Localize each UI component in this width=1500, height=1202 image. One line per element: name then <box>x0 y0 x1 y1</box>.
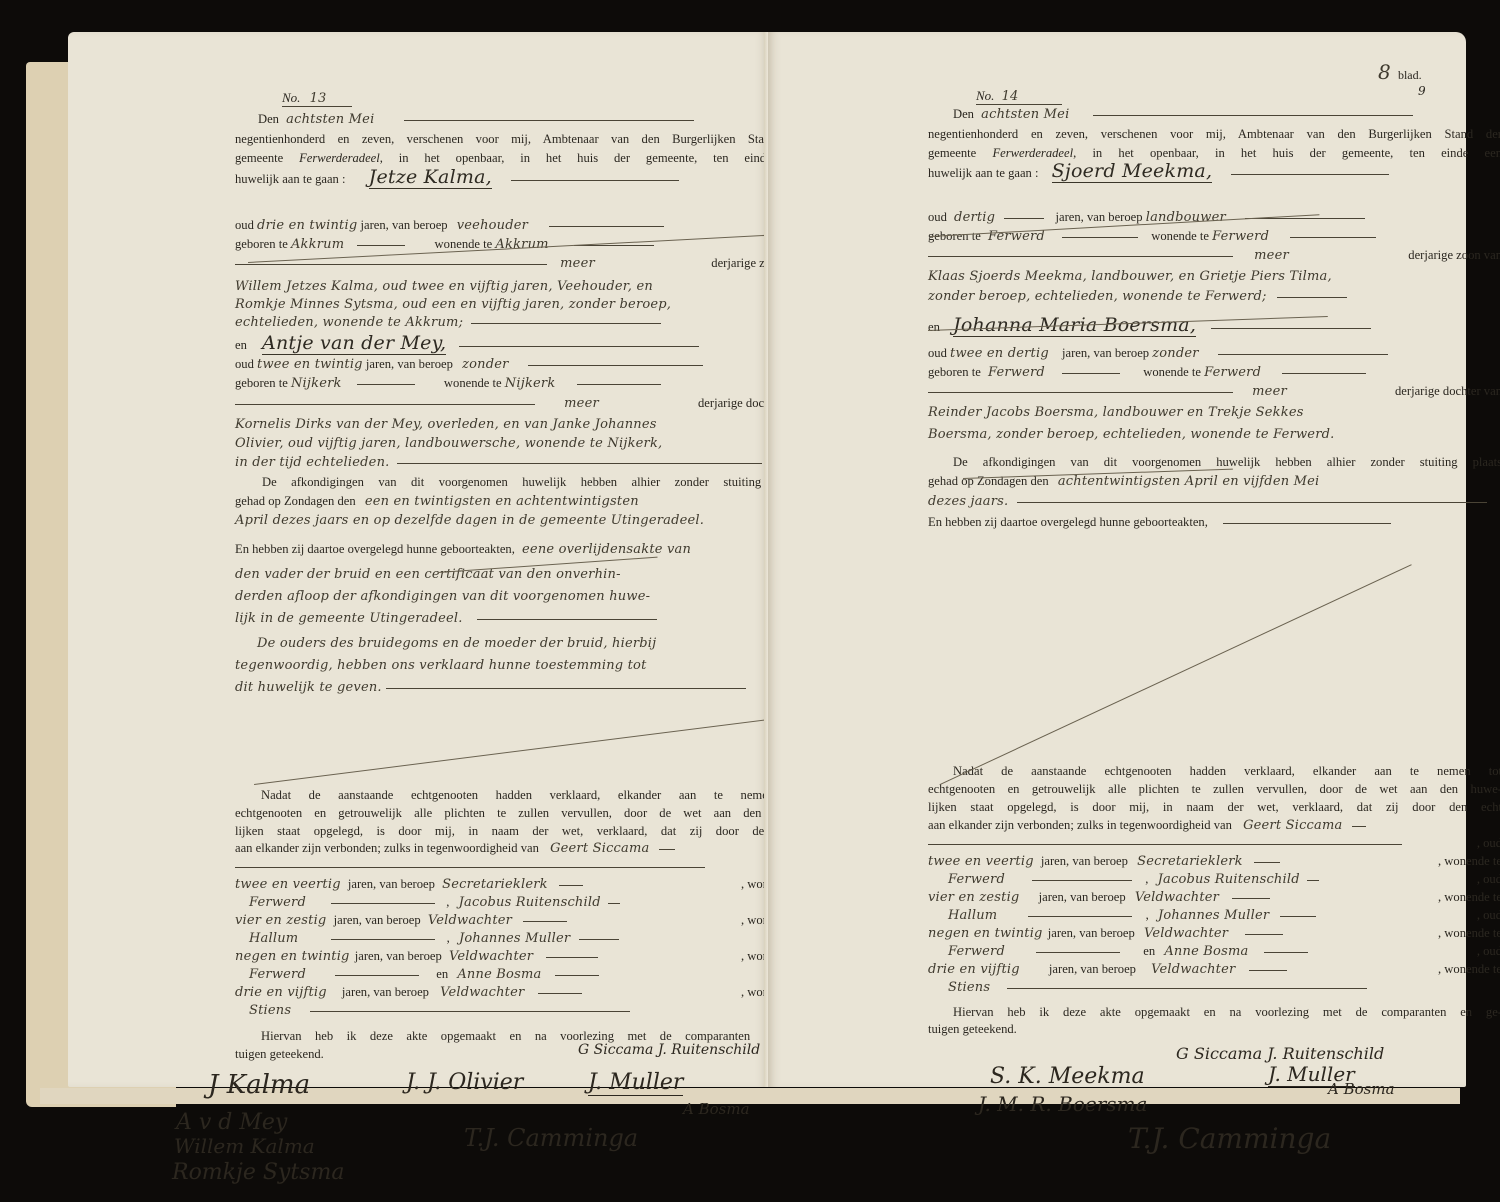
den-label: Den <box>258 112 279 126</box>
diagonal-strike <box>254 716 795 785</box>
record-date: achtsten Mei <box>286 112 374 127</box>
banns-line-1: De afkondigingen van dit voorgenomen huw… <box>262 473 805 491</box>
bride-parents-1: Reinder Jacobs Boersma, landbouwer en Tr… <box>928 404 1500 422</box>
record-date: achtsten Mei <box>981 107 1069 122</box>
groom-name: Jetze Kalma, <box>369 166 492 189</box>
bride-parents-2: Olivier, oud vijftig jaren, landbouwersc… <box>235 435 805 453</box>
signature: A Bosma <box>1328 1080 1395 1098</box>
witness-3-name: Johannes Muller <box>459 931 570 946</box>
signature: A v d Mey <box>176 1110 287 1135</box>
record-no: 14 <box>1002 89 1019 104</box>
groom-occupation: veehouder <box>457 218 528 233</box>
groom-residence: Akkrum <box>495 237 548 252</box>
consent-hw-2: tegenwoordig, hebben ons verklaard hunne… <box>235 657 805 675</box>
intro-line-3: huwelijk aan te gaan : <box>235 172 346 186</box>
bride-parents-1: Kornelis Dirks van der Mey, overleden, e… <box>235 416 805 434</box>
signature: J. J. Olivier <box>406 1070 523 1095</box>
left-page: No. 13 Den achtsten Mei negentienhonderd… <box>68 32 768 1087</box>
bride-parents-3: in der tijd echtelieden. <box>235 454 805 472</box>
groom-name: Sjoerd Meekma, <box>1052 160 1213 183</box>
groom-parents-1: Willem Jetzes Kalma, oud twee en vijftig… <box>235 278 805 296</box>
docs-hw-2: den vader der bruid en een certificaat v… <box>235 566 805 584</box>
groom-parents-3: echtelieden, wonende te Akkrum; <box>235 314 805 332</box>
witness-3-name: Johannes Muller <box>1158 908 1269 923</box>
witness-2-name: Jacobus Ruitenschild <box>1158 872 1300 887</box>
groom-parents-2: zonder beroep, echtelieden, wonende te F… <box>928 288 1500 306</box>
groom-age: dertig <box>954 210 995 225</box>
record-no: 13 <box>310 91 327 106</box>
signature: Romkje Sytsma <box>172 1160 344 1185</box>
bride-residence: Nijkerk <box>505 376 556 391</box>
witness-2-name: Jacobus Ruitenschild <box>459 895 601 910</box>
bride-occupation: zonder <box>462 357 508 372</box>
groom-birthplace: Akkrum <box>291 237 344 252</box>
folio-marker: 8 blad. <box>1378 60 1422 84</box>
consent-hw-1: De ouders des bruidegoms en de moeder de… <box>257 635 805 653</box>
signature: G Siccama J. Ruitenschild <box>578 1042 760 1058</box>
docs-hw-1: eene overlijdensakte van <box>522 542 691 557</box>
witness-1-name: Geert Siccama <box>1243 818 1342 833</box>
docs-label: En hebben zij daartoe overgelegd hunne g… <box>928 515 1208 529</box>
bride-residence: Ferwerd <box>1204 365 1261 380</box>
consent-hw-3: dit huwelijk te geven. <box>235 679 805 697</box>
signature: T.J. Camminga <box>464 1124 638 1152</box>
intro-line-1: negentienhonderd en zeven, verschenen vo… <box>235 130 805 148</box>
diagonal-strike <box>940 564 1412 785</box>
groom-residence: Ferwerd <box>1212 229 1269 244</box>
municipality: Ferwerderadeel <box>992 146 1073 160</box>
banns-dates-2: dezes jaars. <box>928 494 1008 509</box>
docs-label: En hebben zij daartoe overgelegd hunne g… <box>235 542 515 556</box>
bride-parents-2: Boersma, zonder beroep, echtelieden, won… <box>928 426 1500 444</box>
banns-dates-2: April dezes jaars en op dezelfde dagen i… <box>235 512 805 530</box>
banns-dates-1: achtentwintigsten April en vijfden Mei <box>1058 474 1320 489</box>
groom-age: drie en twintig <box>257 218 357 233</box>
docs-hw-3: derden afloop der afkondigingen van dit … <box>235 588 805 606</box>
banns-dates-1: een en twintigsten en achtentwintigsten <box>365 494 639 509</box>
municipality: Ferwerderadeel <box>299 151 380 165</box>
signature: J. Muller <box>588 1070 683 1096</box>
witness-1-name: Geert Siccama <box>550 841 649 856</box>
signature: A Bosma <box>683 1100 750 1118</box>
record-no-label: No. <box>282 90 300 105</box>
signature: T.J. Camminga <box>1128 1122 1331 1155</box>
bride-age: twee en twintig <box>257 357 363 372</box>
groom-parents-2: Romkje Minnes Sytsma, oud een en vijftig… <box>235 296 805 314</box>
bride-birthplace: Ferwerd <box>988 365 1045 380</box>
groom-parents-1: Klaas Sjoerds Meekma, landbouwer, en Gri… <box>928 268 1500 286</box>
bride-birthplace: Nijkerk <box>291 376 342 391</box>
witness-4-name: Anne Bosma <box>1164 944 1248 959</box>
docs-hw-4: lijk in de gemeente Utingeradeel. <box>235 610 805 628</box>
signature: G Siccama J. Ruitenschild <box>1176 1044 1384 1063</box>
nadat-line-3: lijken staat opgelegd, is door mij, in n… <box>235 822 805 840</box>
bride-age: twee en dertig <box>950 346 1049 361</box>
bride-occupation: zonder <box>1152 346 1198 361</box>
right-page: 8 blad. 9 No. 14 Den achtsten Mei negent… <box>768 32 1466 1087</box>
nadat-line-1: Nadat de aanstaande echtgenooten hadden … <box>261 786 805 804</box>
intro-line-2: gemeente Ferwerderadeel, in het openbaar… <box>235 149 805 167</box>
signature: J Kalma <box>208 1070 310 1100</box>
nadat-line-2: echtgenooten en getrouwelijk alle plicht… <box>235 804 805 822</box>
witness-4-name: Anne Bosma <box>457 967 541 982</box>
signature: J. M. R. Boersma <box>978 1092 1147 1116</box>
signature: Willem Kalma <box>174 1134 315 1158</box>
signature: S. K. Meekma <box>990 1064 1145 1089</box>
bride-name: Antje van der Mey, <box>262 332 446 355</box>
